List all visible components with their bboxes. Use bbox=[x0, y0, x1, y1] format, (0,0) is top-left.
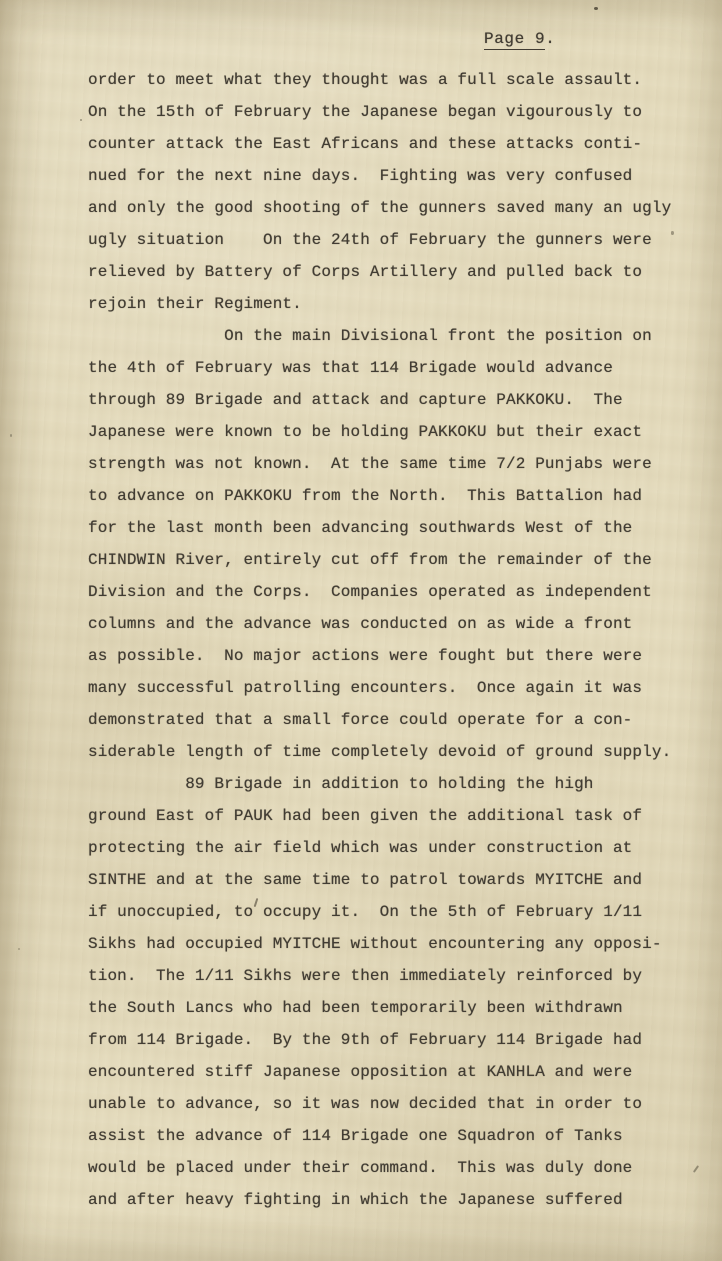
text-line: Sikhs had occupied MYITCHE without encou… bbox=[88, 928, 688, 960]
ink-speck bbox=[80, 119, 82, 121]
text-line: Japanese were known to be holding PAKKOK… bbox=[88, 416, 688, 448]
text-line: demonstrated that a small force could op… bbox=[88, 704, 688, 736]
text-line: the 4th of February was that 114 Brigade… bbox=[88, 352, 688, 384]
scanned-document-page: Page 9. order to meet what they thought … bbox=[0, 0, 722, 1261]
text-line: many successful patrolling encounters. O… bbox=[88, 672, 688, 704]
page-number-heading: Page 9. bbox=[484, 30, 555, 48]
text-line: assist the advance of 114 Brigade one Sq… bbox=[88, 1120, 688, 1152]
text-line: for the last month been advancing southw… bbox=[88, 512, 688, 544]
ink-speck bbox=[118, 460, 120, 462]
text-line: strength was not known. At the same time… bbox=[88, 448, 688, 480]
text-line: ugly situation On the 24th of February t… bbox=[88, 224, 688, 256]
text-line: unable to advance, so it was now decided… bbox=[88, 1088, 688, 1120]
text-line: if unoccupied, to occupy it. On the 5th … bbox=[88, 896, 688, 928]
text-line: nued for the next nine days. Fighting wa… bbox=[88, 160, 688, 192]
text-line: columns and the advance was conducted on… bbox=[88, 608, 688, 640]
text-line: order to meet what they thought was a fu… bbox=[88, 64, 688, 96]
ink-speck bbox=[671, 231, 674, 235]
text-line: SINTHE and at the same time to patrol to… bbox=[88, 864, 688, 896]
text-line: CHINDWIN River, entirely cut off from th… bbox=[88, 544, 688, 576]
text-line: Division and the Corps. Companies operat… bbox=[88, 576, 688, 608]
text-line: rejoin their Regiment. bbox=[88, 288, 688, 320]
ink-speck bbox=[693, 1165, 699, 1173]
text-line: to advance on PAKKOKU from the North. Th… bbox=[88, 480, 688, 512]
text-line: On the main Divisional front the positio… bbox=[88, 320, 688, 352]
text-line: and only the good shooting of the gunner… bbox=[88, 192, 688, 224]
page-number-period: . bbox=[545, 30, 555, 48]
text-line: siderable length of time completely devo… bbox=[88, 736, 688, 768]
text-line: from 114 Brigade. By the 9th of February… bbox=[88, 1024, 688, 1056]
document-body: order to meet what they thought was a fu… bbox=[88, 64, 688, 1216]
text-line: encountered stiff Japanese opposition at… bbox=[88, 1056, 688, 1088]
ink-speck bbox=[594, 7, 598, 10]
page-number-text: Page 9 bbox=[484, 30, 545, 50]
text-line: and after heavy fighting in which the Ja… bbox=[88, 1184, 688, 1216]
ink-speck bbox=[516, 1134, 519, 1137]
text-line: would be placed under their command. Thi… bbox=[88, 1152, 688, 1184]
text-line: 89 Brigade in addition to holding the hi… bbox=[88, 768, 688, 800]
text-line: counter attack the East Africans and the… bbox=[88, 128, 688, 160]
text-line: as possible. No major actions were fough… bbox=[88, 640, 688, 672]
text-line: ground East of PAUK had been given the a… bbox=[88, 800, 688, 832]
ink-speck bbox=[18, 948, 20, 950]
text-line: On the 15th of February the Japanese beg… bbox=[88, 96, 688, 128]
text-line: through 89 Brigade and attack and captur… bbox=[88, 384, 688, 416]
text-line: relieved by Battery of Corps Artillery a… bbox=[88, 256, 688, 288]
text-line: protecting the air field which was under… bbox=[88, 832, 688, 864]
text-line: tion. The 1/11 Sikhs were then immediate… bbox=[88, 960, 688, 992]
ink-speck bbox=[10, 434, 12, 437]
text-line: the South Lancs who had been temporarily… bbox=[88, 992, 688, 1024]
